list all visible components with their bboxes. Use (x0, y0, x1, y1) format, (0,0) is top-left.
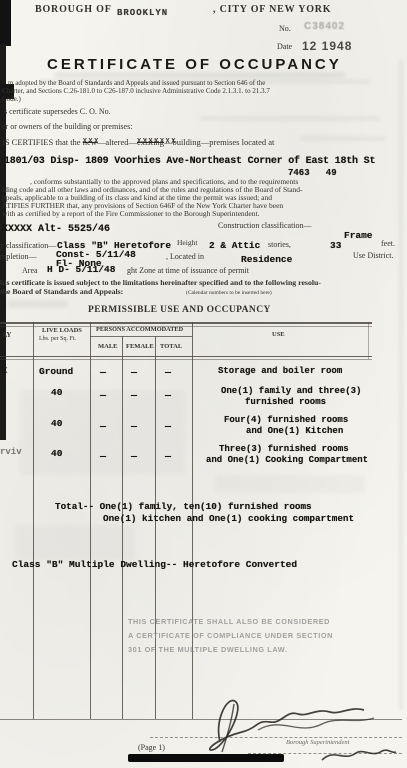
date-label: Date (277, 42, 292, 51)
row-total-value: — (165, 422, 171, 433)
page-label: (Page 1) (138, 743, 165, 752)
permit-number-value: XXXXX Alt- 5525/46 (2, 224, 110, 235)
row-female-value: — (131, 391, 137, 402)
total-line2: One(1) kitchen and One(1) cooking compar… (103, 513, 354, 524)
column-header-story: AY (2, 331, 11, 339)
supersedes-line: s certificate supersedes C. O. No. (4, 107, 111, 116)
dwelling-class-line: Class "B" Multiple Dwelling-- Heretofore… (12, 559, 297, 570)
certifies-mid: —altered— (97, 137, 137, 147)
table-column-line (33, 322, 34, 719)
ghost-text-artifact (8, 300, 68, 308)
signature-flourish (318, 746, 398, 764)
table-border (0, 356, 372, 357)
strike-x-mark: XXX (83, 138, 100, 146)
certificate-number-value: C38402 (304, 21, 345, 32)
column-header-live-loads: LIVE LOADS (42, 327, 82, 334)
use-district-value: Residence (241, 254, 292, 265)
table-border (90, 336, 192, 337)
calendar-note: (Calendar numbers to be inserted here) (186, 290, 272, 296)
height-stories-value: 2 & Attic (209, 240, 260, 251)
construction-class-label: Construction classification— (218, 221, 312, 230)
ghost-edge-streak (399, 60, 403, 710)
use-district-label: Use District. (353, 251, 393, 260)
row-story-mark: rviv (0, 447, 22, 457)
table-column-line (368, 322, 369, 359)
compliance-stamp-line3: 301 OF THE MULTIPLE DWELLING LAW. (128, 645, 288, 654)
city-label: , CITY OF NEW YORK (213, 4, 331, 15)
row-use-line1: Storage and boiler room (218, 366, 342, 376)
row-total-value: — (165, 391, 171, 402)
subject-line1: his certificate is issued subject to the… (0, 278, 321, 287)
further-line2: with as certified by a report of the Fir… (2, 209, 259, 218)
completion-label: mpletion— (0, 252, 36, 261)
row-use-line2: furnished rooms (245, 397, 326, 407)
ghost-text-artifact (300, 136, 385, 141)
row-live-load: Ground (39, 366, 73, 377)
feet-label: feet. (381, 239, 395, 248)
table-column-line (155, 336, 156, 719)
subject-line2: the Board of Standards and Appeals: (0, 287, 123, 296)
column-header-female: FEMALE (126, 343, 154, 350)
certifies-line: IS CERTIFIES that the newXXX—altered—exi… (2, 137, 274, 147)
ghost-text-artifact (200, 116, 380, 121)
borough-value: BROOKLYN (117, 8, 168, 18)
table-column-line (90, 322, 91, 719)
date-stamp-value: 12 1948 (302, 39, 352, 53)
column-header-male: MALE (98, 343, 118, 350)
column-header-live-loads-sub: Lbs. per Sq. Ft. (39, 336, 76, 342)
premises-address-value: 1801/03 Disp- 1809 Voorhies Ave-Northeas… (4, 156, 375, 167)
row-male-value: — (100, 452, 106, 463)
compliance-stamp-line2: A CERTIFICATE OF COMPLIANCE UNDER SECTIO… (128, 631, 333, 640)
height-zone-value: H D- 5/11/48 (47, 264, 115, 275)
row-live-load: 40 (51, 448, 62, 459)
certifies-suffix: —building—premises located at (164, 137, 274, 147)
occupancy-class-label: y classification— (0, 241, 56, 250)
word-existing-struck: existingXXXXXXX (137, 137, 164, 147)
row-live-load: 40 (51, 418, 62, 429)
row-female-value: — (131, 422, 137, 433)
table-border (0, 322, 372, 324)
row-female-value: — (131, 452, 137, 463)
column-header-persons: PERSONS ACCOMMODATED (96, 326, 183, 333)
construction-class-value: Frame (344, 230, 373, 241)
scan-bottom-bar (128, 754, 284, 762)
row-use-line2: and One(1) Kitchen (246, 426, 343, 436)
certificate-number-label: No. (279, 24, 291, 33)
document-title: CERTIFICATE OF OCCUPANCY (47, 56, 342, 73)
row-female-value: — (131, 368, 137, 379)
row-total-value: — (165, 368, 171, 379)
stories-label: stories, (268, 240, 291, 249)
total-line1: Total-- One(1) family, ten(10) furnished… (55, 501, 312, 512)
certificate-of-occupancy-scan: BOROUGH OF BROOKLYN , CITY OF NEW YORK N… (0, 0, 407, 768)
scan-edge-bar-top (0, 0, 11, 46)
height-zone-label: ght Zone at time of issuance of permit (127, 266, 249, 275)
certifies-prefix: IS CERTIFIES that the (2, 137, 83, 147)
row-live-load: 40 (51, 387, 62, 398)
form-note-line1: m adopted by the Board of Standards and … (8, 79, 265, 87)
height-feet-value: 33 (330, 240, 341, 251)
row-use-line1: Three(3) furnished rooms (219, 444, 349, 454)
table-title: PERMISSIBLE USE AND OCCUPANCY (88, 305, 271, 315)
row-male-value: — (100, 391, 106, 402)
table-column-line (122, 336, 123, 719)
column-header-use: USE (272, 331, 285, 338)
row-male-value: — (100, 422, 106, 433)
row-use-line1: Four(4) furnished rooms (224, 415, 348, 425)
row-total-value: — (165, 452, 171, 463)
signature-title: Borough Superintendent (286, 739, 350, 746)
located-in-label: , Located in (166, 252, 204, 261)
borough-label: BOROUGH OF (35, 4, 112, 15)
row-story-mark: X (2, 366, 7, 376)
row-male-value: — (100, 368, 106, 379)
area-label: Area (22, 266, 38, 275)
compliance-stamp-line1: THIS CERTIFICATE SHALL ALSO BE CONSIDERE… (128, 617, 330, 626)
column-header-total: TOTAL (160, 343, 182, 350)
strike-x-mark: XXXXXXX (137, 138, 177, 146)
word-new-struck: newXXX (83, 137, 97, 147)
row-use-line1: One(1) family and three(3) (221, 386, 361, 396)
ghost-bleed-artifact (215, 475, 365, 493)
height-label: Height (177, 238, 197, 247)
owners-line: er or owners of the building or premises… (2, 122, 132, 131)
row-use-line2: and One(1) Cooking Compartment (206, 455, 368, 465)
form-note-line3: Code.) (2, 95, 21, 103)
table-border (0, 359, 372, 360)
form-note-line2: Charter, and Sections C.26-181.0 to C26-… (2, 87, 270, 95)
